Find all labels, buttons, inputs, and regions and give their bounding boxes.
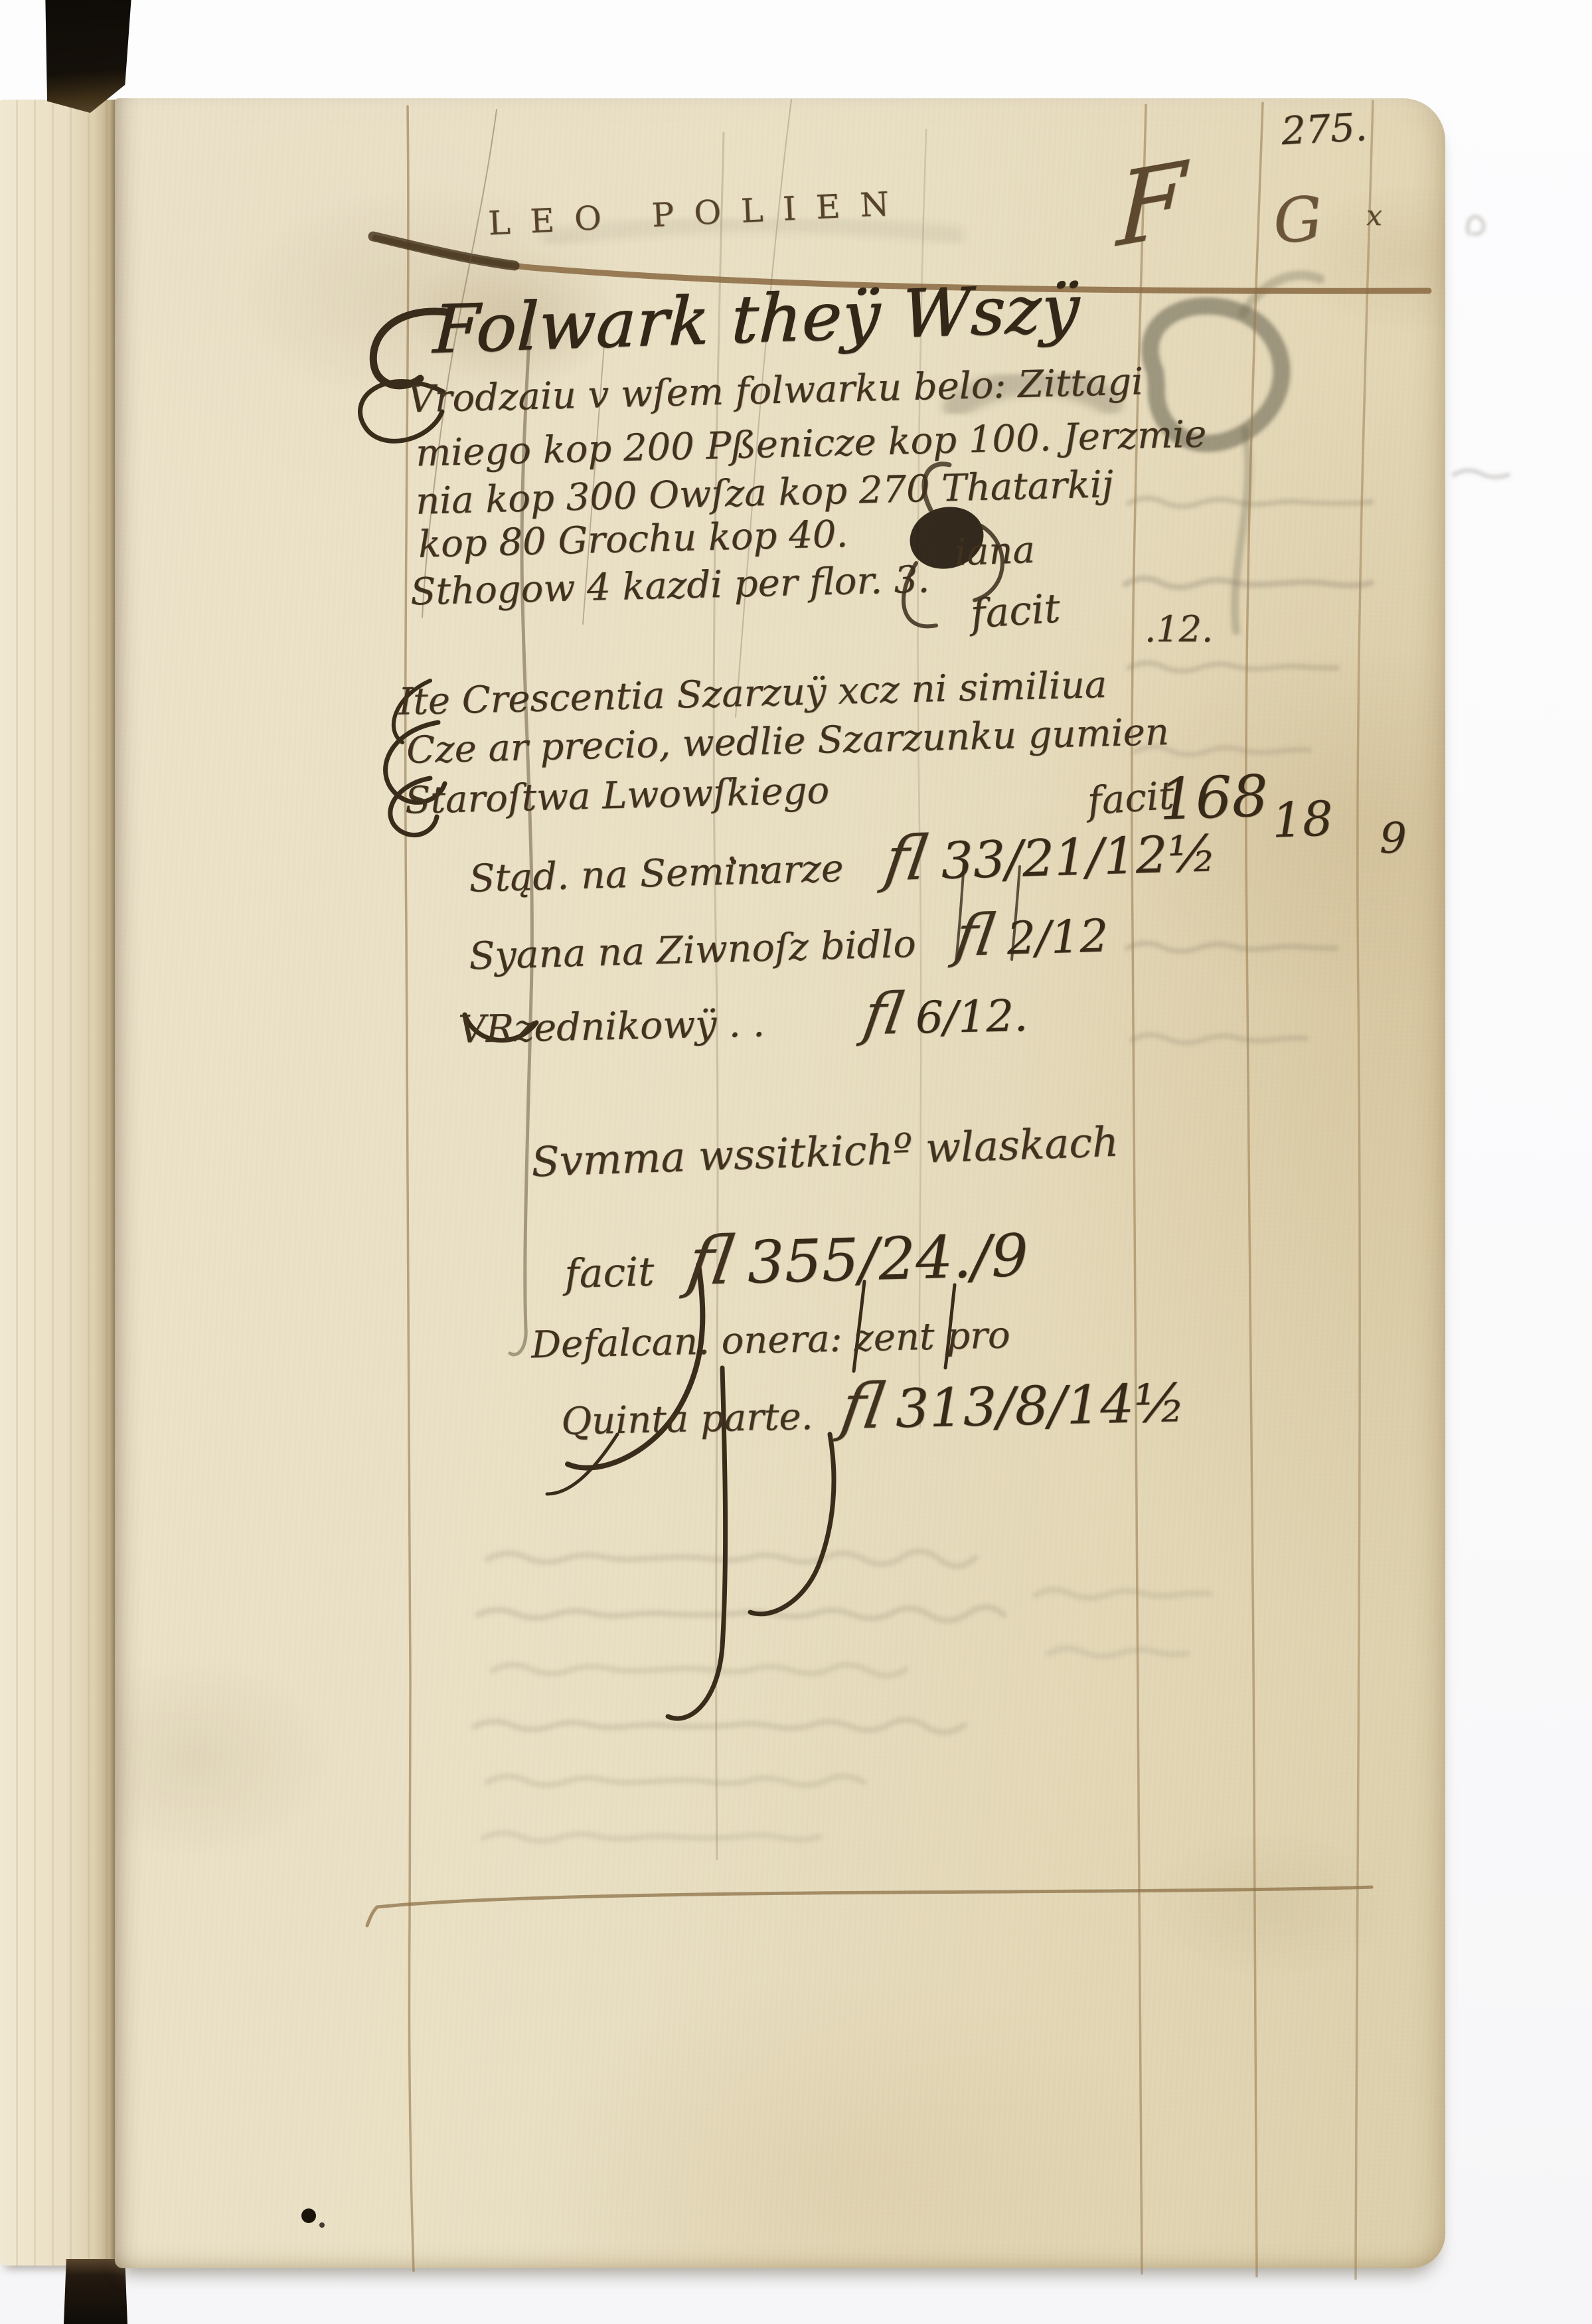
entry-amount: 6/12. xyxy=(915,990,1028,1044)
amount-value: .12. xyxy=(1145,608,1213,650)
currency-symbol: fl xyxy=(688,1261,733,1262)
header-mark-r: x xyxy=(1366,199,1382,232)
footer-rule xyxy=(367,1887,1372,1926)
total-amount: 355/24./9 xyxy=(746,1221,1029,1297)
entry-label: VRzednikowÿ . . xyxy=(457,1001,765,1052)
facit-label: facit xyxy=(969,585,1062,637)
word-after-blot: iana xyxy=(954,529,1036,574)
facit-label: facit xyxy=(564,1249,655,1298)
summary-facit-row: facit fl 355/24./9 xyxy=(564,1221,1029,1301)
entry-amount: 2/12 xyxy=(1006,910,1109,965)
quinta-row: Quinta parte. fl 313/8/14½ xyxy=(560,1372,1186,1447)
currency-symbol: fl xyxy=(886,858,926,859)
header-mark-g: G xyxy=(1271,183,1324,258)
amount-denars: 9 xyxy=(1380,814,1407,863)
quinta-amount: 313/8/14½ xyxy=(895,1372,1186,1440)
amount-florins: 168 xyxy=(1158,763,1269,833)
currency-symbol: fl xyxy=(955,935,993,936)
manuscript-scan: 275. LEO POLIEN F G x Folwark theÿ Wszÿ … xyxy=(0,0,1592,2324)
header-mark-f: F xyxy=(1115,140,1188,270)
quinta-label: Quinta parte. xyxy=(561,1395,813,1444)
entry-label: Stąd. na Seminarze xyxy=(469,847,844,901)
amount-groschen: 18 xyxy=(1271,790,1334,848)
currency-symbol: fl xyxy=(842,1407,884,1408)
entry-amount: 33/21/12½ xyxy=(940,823,1217,890)
page-number: 275. xyxy=(1280,104,1368,154)
small-ink-blot xyxy=(301,2208,325,2228)
currency-symbol: fl xyxy=(864,1014,902,1015)
